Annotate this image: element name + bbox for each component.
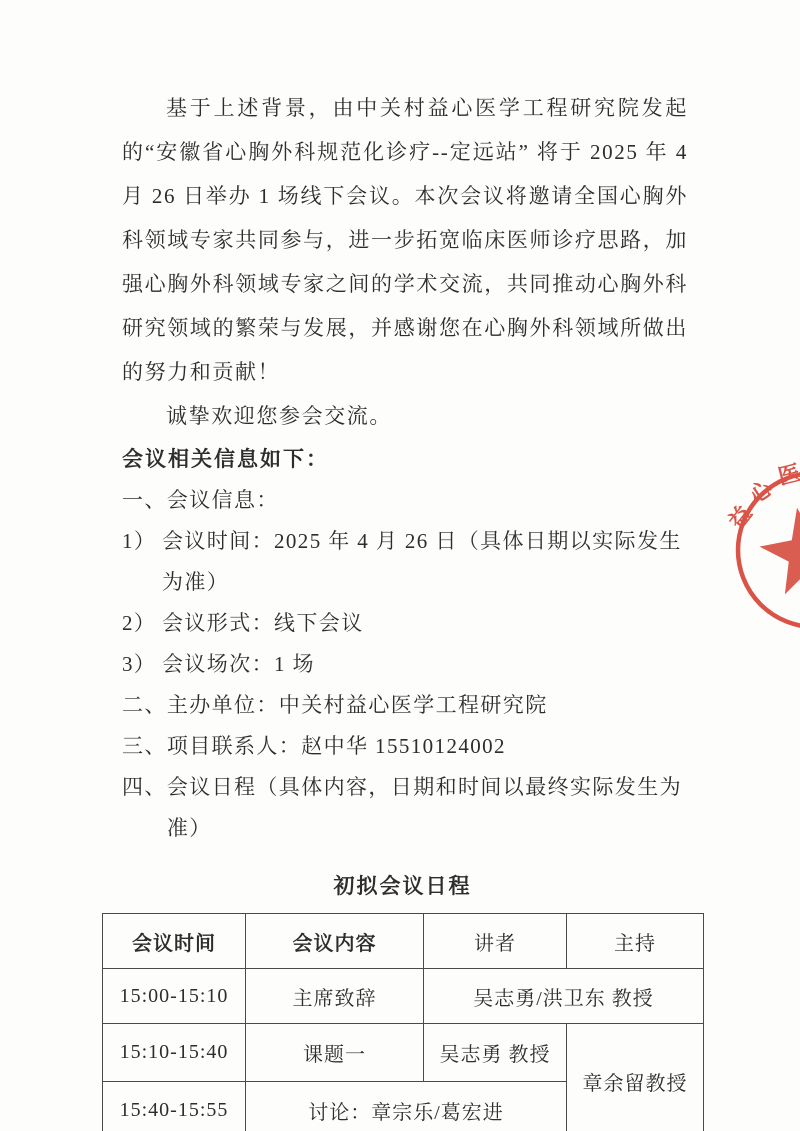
list-item-text: 会议信息： <box>167 480 703 521</box>
column-header-speaker: 讲者 <box>424 914 567 969</box>
schedule-row: 15:10-15:40 课题一 吴志勇 教授 章余留教授 <box>103 1024 704 1082</box>
cell-time: 15:10-15:40 <box>103 1024 246 1082</box>
schedule-row: 15:00-15:10 主席致辞 吴志勇/洪卫东 教授 <box>103 969 704 1024</box>
list-item-text: 项目联系人：赵中华 15510124002 <box>167 726 703 767</box>
stamp-star-icon <box>754 500 800 597</box>
stamp-char: 医 <box>775 460 800 490</box>
list-item: 三、 项目联系人：赵中华 15510124002 <box>122 726 703 767</box>
list-item-text: 会议形式：线下会议 <box>162 603 703 644</box>
list-item: 2） 会议形式：线下会议 <box>122 603 703 644</box>
list-item-text: 会议日程（具体内容，日期和时间以最终实际发生为准） <box>167 767 703 849</box>
schedule-header-row: 会议时间 会议内容 讲者 主持 <box>103 914 704 969</box>
cell-speaker: 吴志勇 教授 <box>424 1024 567 1082</box>
welcome-line: 诚挚欢迎您参会交流。 <box>122 394 688 438</box>
cell-content: 课题一 <box>246 1024 424 1082</box>
list-item-number: 一、 <box>122 480 167 521</box>
schedule-table: 会议时间 会议内容 讲者 主持 15:00-15:10 主席致辞 吴志勇/洪卫东… <box>102 913 704 1131</box>
column-header-time: 会议时间 <box>103 914 246 969</box>
list-item-number: 二、 <box>122 685 167 726</box>
cell-host: 章余留教授 <box>567 1024 704 1131</box>
list-item-number: 1） <box>122 521 162 603</box>
list-item: 3） 会议场次：1 场 <box>122 644 703 685</box>
intro-paragraph: 基于上述背景，由中关村益心医学工程研究院发起的“安徽省心胸外科规范化诊疗--定远… <box>122 86 688 394</box>
cell-time: 15:00-15:10 <box>103 969 246 1024</box>
list-item: 一、 会议信息： <box>122 480 703 521</box>
document-body: 基于上述背景，由中关村益心医学工程研究院发起的“安徽省心胸外科规范化诊疗--定远… <box>102 0 703 1131</box>
cell-content: 主席致辞 <box>246 969 424 1024</box>
document-page: 基于上述背景，由中关村益心医学工程研究院发起的“安徽省心胸外科规范化诊疗--定远… <box>0 0 800 1131</box>
list-item-number: 2） <box>122 603 162 644</box>
info-heading: 会议相关信息如下： <box>122 438 703 480</box>
cell-time: 15:40-15:55 <box>103 1082 246 1131</box>
list-item: 1） 会议时间：2025 年 4 月 26 日（具体日期以实际发生为准） <box>122 521 703 603</box>
stamp-char: 心 <box>745 475 778 508</box>
cell-content: 讨论：章宗乐/葛宏进 <box>246 1082 567 1131</box>
column-header-content: 会议内容 <box>246 914 424 969</box>
list-item-number: 3） <box>122 644 162 685</box>
schedule-table-title: 初拟会议日程 <box>102 865 703 907</box>
cell-speaker-host: 吴志勇/洪卫东 教授 <box>424 969 704 1024</box>
list-item-text: 会议时间：2025 年 4 月 26 日（具体日期以实际发生为准） <box>162 521 703 603</box>
column-header-host: 主持 <box>567 914 704 969</box>
list-item: 二、 主办单位：中关村益心医学工程研究院 <box>122 685 703 726</box>
list-item: 四、 会议日程（具体内容，日期和时间以最终实际发生为准） <box>122 767 703 849</box>
stamp-char: 益 <box>723 501 756 534</box>
list-item-number: 三、 <box>122 726 167 767</box>
list-item-number: 四、 <box>122 767 167 849</box>
list-item-text: 主办单位：中关村益心医学工程研究院 <box>167 685 703 726</box>
info-list: 一、 会议信息： 1） 会议时间：2025 年 4 月 26 日（具体日期以实际… <box>122 480 703 849</box>
official-seal-stamp-icon: 益 心 医 <box>715 450 800 650</box>
stamp-circle <box>738 473 800 627</box>
list-item-text: 会议场次：1 场 <box>162 644 703 685</box>
